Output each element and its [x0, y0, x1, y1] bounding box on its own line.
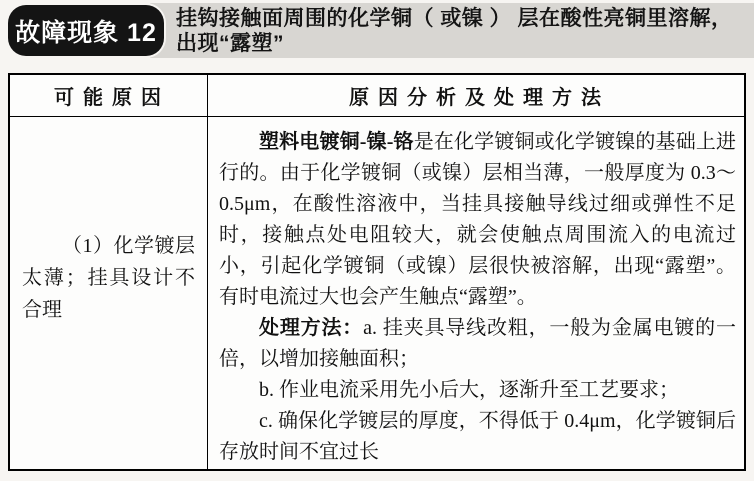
- table-row: （1）化学镀层太薄；挂具设计不合理 塑料电镀铜-镍-铬是在化学镀铜或化学镀镍的基…: [10, 117, 744, 469]
- analysis-paragraph-1: 塑料电镀铜-镍-铬是在化学镀铜或化学镀镍的基础上进行的。由于化学镀铜（或镍）层相…: [219, 127, 736, 313]
- fault-number-badge: 故障现象 12: [8, 5, 164, 56]
- fault-badge-label: 故障现象 12: [15, 13, 157, 49]
- analysis-paragraph-1-text: 是在化学镀铜或化学镀镍的基础上进行的。由于化学镀铜（或镍）层相当薄，一般厚度为 …: [219, 131, 736, 308]
- table-header-row: 可 能 原 因 原 因 分 析 及 处 理 方 法: [10, 75, 744, 117]
- analysis-paragraph-1-lead: 塑料电镀铜-镍-铬: [259, 131, 414, 153]
- fault-table: 可 能 原 因 原 因 分 析 及 处 理 方 法 （1）化学镀层太薄；挂具设计…: [8, 73, 746, 471]
- fault-title-line1: 挂钩接触面周围的化学铜（ 或镍 ） 层在酸性亮铜里溶解，: [176, 6, 748, 31]
- column-header-analysis: 原 因 分 析 及 处 理 方 法: [208, 75, 744, 116]
- analysis-paragraph-4: c. 确保化学镀层的厚度，不得低于 0.4μm，化学镀铜后存放时间不宜过长: [219, 406, 736, 468]
- header-band: 故障现象 12 挂钩接触面周围的化学铜（ 或镍 ） 层在酸性亮铜里溶解， 出现“…: [0, 0, 754, 62]
- analysis-paragraph-3: b. 作业电流采用先小后大，逐渐升至工艺要求；: [219, 375, 736, 406]
- analysis-paragraph-2-lead: 处理方法：: [259, 317, 363, 339]
- analysis-cell: 塑料电镀铜-镍-铬是在化学镀铜或化学镀镍的基础上进行的。由于化学镀铜（或镍）层相…: [208, 117, 744, 469]
- fault-title-box: 挂钩接触面周围的化学铜（ 或镍 ） 层在酸性亮铜里溶解， 出现“露塑”: [150, 3, 754, 58]
- cause-text: （1）化学镀层太薄；挂具设计不合理: [22, 230, 195, 326]
- fault-title-line2: 出现“露塑”: [176, 31, 748, 56]
- cause-cell: （1）化学镀层太薄；挂具设计不合理: [10, 117, 208, 469]
- document-page: { "header": { "badge_label": "故障现象 12", …: [0, 0, 754, 481]
- column-header-cause: 可 能 原 因: [10, 75, 208, 116]
- analysis-paragraph-2: 处理方法：a. 挂夹具导线改粗，一般为金属电镀的一倍，以增加接触面积；: [219, 313, 736, 375]
